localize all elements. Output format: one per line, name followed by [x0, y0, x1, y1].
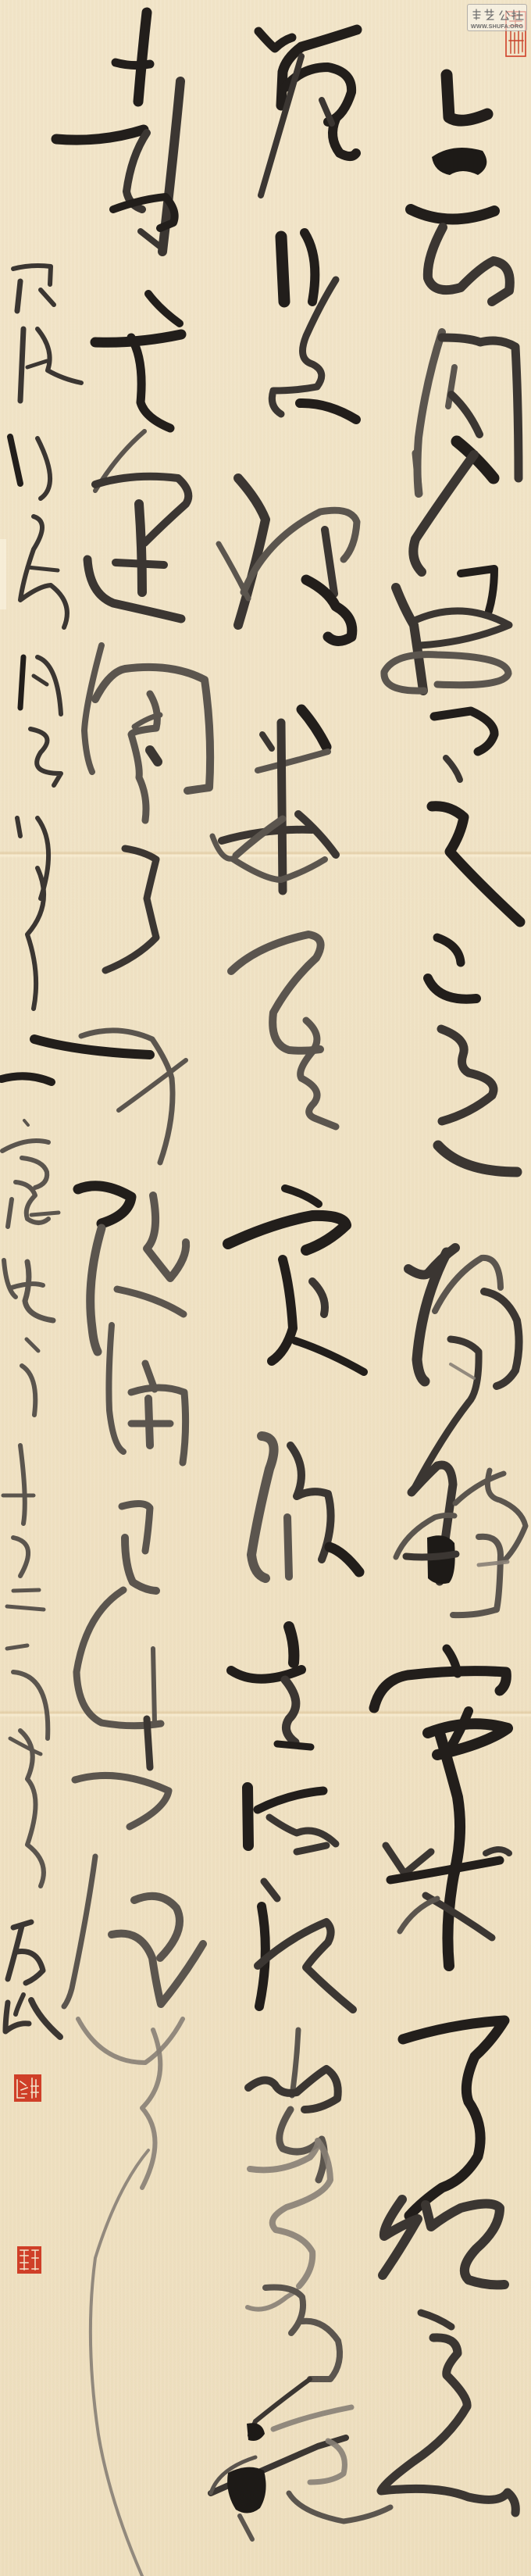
watermark-glyph: [485, 9, 494, 20]
watermark-glyph: [512, 10, 523, 20]
watermark-url: WWW.SHUFA.ORG: [468, 23, 526, 30]
seal-lower-left-icon: [17, 2246, 41, 2274]
watermark-badge: WWW.SHUFA.ORG: [467, 4, 527, 31]
calligraphy-scroll: 上云风雾之之乃一何鸦安来子纪之: [0, 0, 531, 2576]
seal-layer: [0, 0, 531, 2576]
watermark-glyph: [500, 11, 509, 20]
watermark-logo-icon: [468, 5, 528, 22]
seal-signature-icon: [14, 2074, 41, 2102]
watermark-glyph: [473, 9, 480, 20]
